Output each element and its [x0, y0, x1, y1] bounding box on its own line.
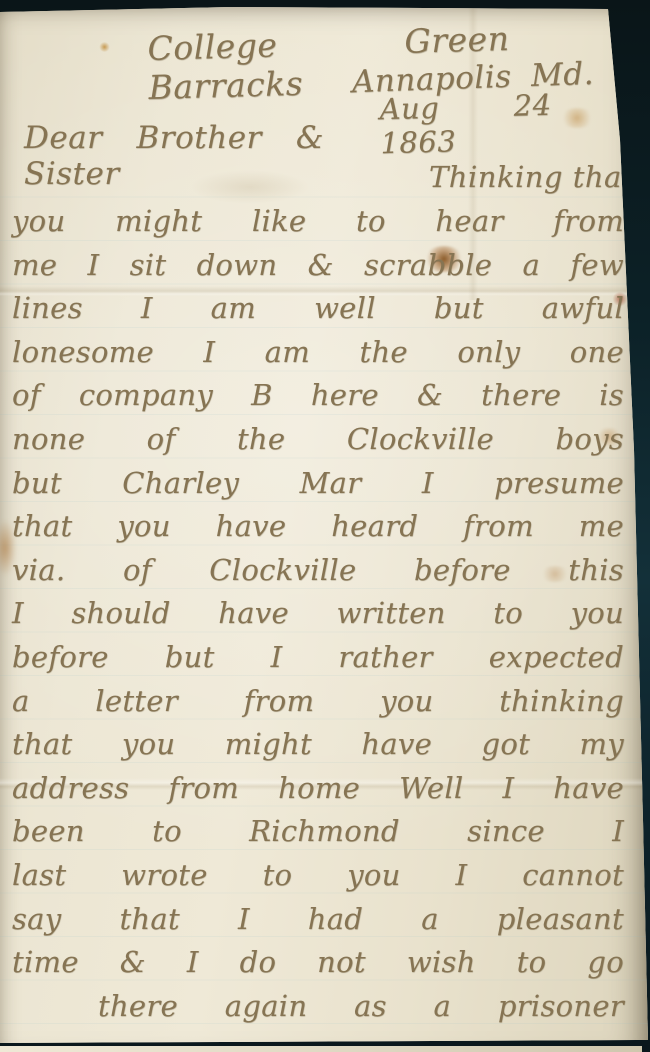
- opening-phrase: Thinking that: [398, 160, 634, 194]
- letter-line: lines I am well but awful: [12, 287, 624, 331]
- letter-line: last wrote to you I cannot: [12, 854, 624, 898]
- letter-line: via. of Clockville before this: [12, 549, 624, 593]
- letter-line: me I sit down & scrabble a few: [12, 244, 624, 288]
- letter-line: you might like to hear from: [12, 200, 624, 244]
- letter-line: none of the Clockville boys: [12, 418, 624, 462]
- letter-line: of company B here & there is: [12, 374, 624, 418]
- next-page-edge: [0, 1046, 642, 1052]
- salutation: Dear Brother & Sister: [24, 120, 324, 192]
- letter-line: that you might have got my: [12, 723, 624, 767]
- letter-line: lonesome I am the only one: [12, 331, 624, 375]
- letter-line: there again as a prisoner: [12, 985, 624, 1029]
- letter-line: a letter from you thinking: [12, 680, 624, 724]
- letter-body: you might like to hear from me I sit dow…: [12, 200, 624, 1028]
- letter-line: before but I rather expected: [12, 636, 624, 680]
- scanned-letter-photo: College Green Barracks Annapolis Md. Aug…: [0, 0, 650, 1052]
- heading-date-line: Aug 24 1863: [379, 88, 553, 160]
- letter-line: but Charley Mar I presume: [12, 462, 624, 506]
- letter-line: time & I do not wish to go: [12, 941, 624, 985]
- letter-line: I should have written to you: [12, 592, 624, 636]
- foxing-stain: [560, 108, 594, 128]
- letter-line: address from home Well I have: [12, 767, 624, 811]
- foxing-stain: [99, 42, 110, 52]
- letter-line: that you have heard from me: [12, 505, 624, 549]
- letter-page: College Green Barracks Annapolis Md. Aug…: [0, 0, 650, 1052]
- letter-line: say that I had a pleasant: [12, 898, 624, 942]
- letter-line: been to Richmond since I: [12, 810, 624, 854]
